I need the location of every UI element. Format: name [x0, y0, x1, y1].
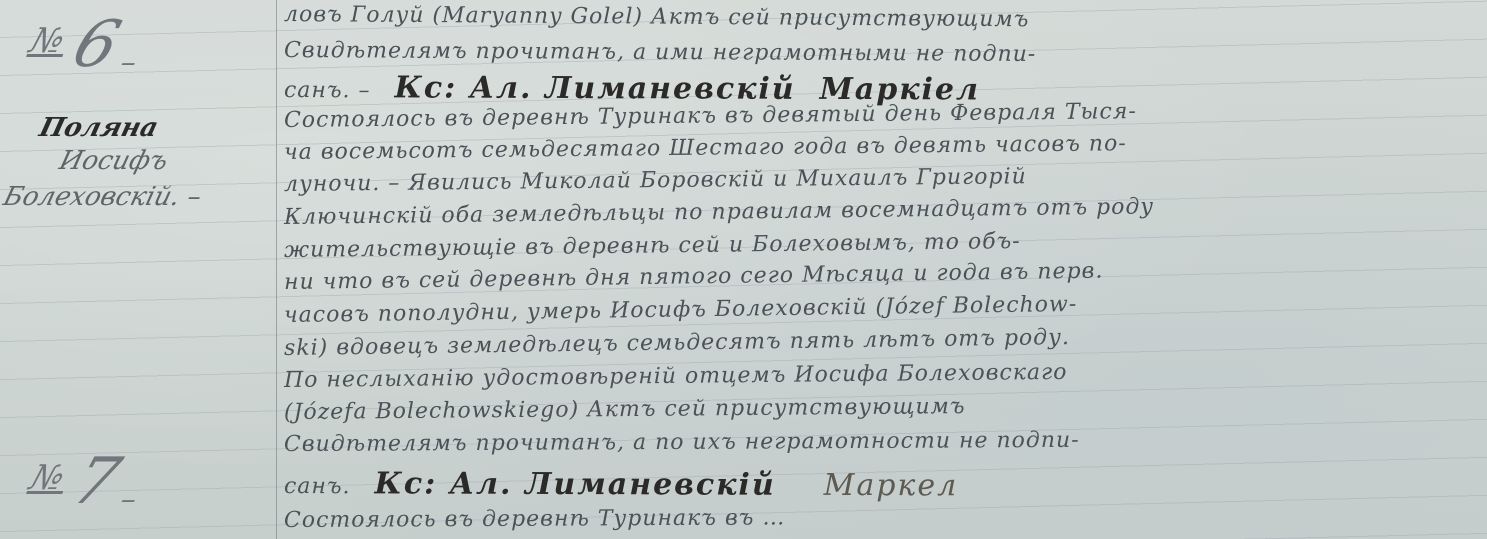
text-line: (Józefa Bolechowskiego) Актъ сей присутс…	[284, 394, 966, 425]
line-text: луночи. – Явились Миколай Боровскій и Ми…	[284, 164, 1027, 197]
entry-given-name: Иосифъ	[56, 146, 171, 176]
priest-signature: Кс: Ал. Лиманевскій	[395, 70, 796, 106]
line-text: Состоялось въ деревнѣ Туринакъ въ …	[284, 505, 786, 533]
text-line: ski) вдовецъ земледѣлецъ семьдесятъ пять…	[284, 325, 1070, 361]
dash: –	[116, 482, 146, 517]
margin-rule	[276, 0, 277, 539]
text-line: луночи. – Явились Миколай Боровскій и Ми…	[284, 164, 1027, 197]
line-text: Свидѣтелямъ прочитанъ, а ими неграмотным…	[284, 38, 1036, 67]
text-line: жительствующіе въ деревнѣ сей и Болеховы…	[284, 229, 1021, 263]
number-sign: №	[25, 458, 74, 498]
entry-surname: Болеховскій. –	[0, 182, 204, 212]
text-line: санъ. Кс: Ал. Лиманевскій Маркел	[284, 466, 958, 503]
line-text: ski) вдовецъ земледѣлецъ семьдесятъ пять…	[284, 325, 1070, 361]
text-line: Ключинскій оба земледѣльцы по правилам в…	[284, 194, 1154, 230]
line-text: жительствующіе въ деревнѣ сей и Болеховы…	[284, 229, 1021, 263]
line-text: ловъ Голуй (Maryanny Golel) Актъ сей при…	[284, 2, 1030, 32]
text-line: Состоялось въ деревнѣ Туринакъ въ …	[284, 505, 786, 533]
text-line: ни что въ сей деревнѣ дня пятого сего Мѣ…	[284, 259, 1104, 295]
line-text: ча восемьсотъ семьдесятаго Шестаго года …	[284, 131, 1127, 165]
number-sign: №	[25, 21, 74, 61]
text-line: ловъ Голуй (Maryanny Golel) Актъ сей при…	[284, 2, 1030, 32]
margin-column: №6– Поляна Иосифъ Болеховскій. – №7–	[0, 0, 275, 539]
line-text: Свидѣтелямъ прочитанъ, а по ихъ неграмот…	[284, 428, 1080, 457]
entry-number-6: №6–	[18, 8, 158, 82]
text-line: По неслыханію удостовѣреній отцемъ Иосиф…	[284, 360, 1068, 393]
register-page: №6– Поляна Иосифъ Болеховскій. – №7– лов…	[0, 0, 1487, 539]
line-text: (Józefa Bolechowskiego) Актъ сей присутс…	[284, 394, 966, 425]
entry-number-7: №7–	[18, 445, 158, 519]
entry-village: Поляна	[36, 113, 161, 143]
line-text: часовъ пополудни, умерь Иосифъ Болеховск…	[284, 292, 1078, 328]
text-line: Свидѣтелямъ прочитанъ, а по ихъ неграмот…	[284, 428, 1080, 457]
text-line: часовъ пополудни, умерь Иосифъ Болеховск…	[284, 292, 1078, 328]
line-text: санъ. –	[284, 78, 371, 103]
line-text: ни что въ сей деревнѣ дня пятого сего Мѣ…	[284, 259, 1104, 295]
text-line: ча восемьсотъ семьдесятаго Шестаго года …	[284, 131, 1127, 165]
line-text: Ключинскій оба земледѣльцы по правилам в…	[284, 194, 1154, 230]
text-line: Свидѣтелямъ прочитанъ, а ими неграмотным…	[284, 38, 1036, 67]
dash: –	[116, 45, 146, 80]
signature-tail: Маркел	[824, 468, 959, 503]
line-text: санъ.	[284, 474, 351, 499]
priest-signature: Кс: Ал. Лиманевскій	[375, 466, 776, 502]
line-text: По неслыханію удостовѣреній отцемъ Иосиф…	[284, 360, 1068, 393]
